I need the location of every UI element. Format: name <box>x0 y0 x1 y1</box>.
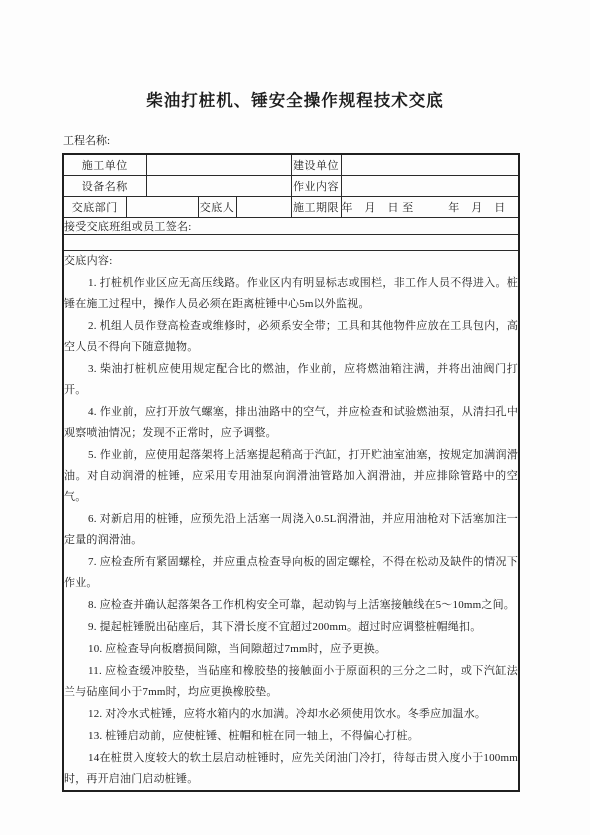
work-content-value <box>341 175 519 196</box>
info-table: 施工单位 建设单位 设备名称 作业内容 交底部门 交底人 施工期限 年 月 日 … <box>62 153 520 792</box>
content-paragraph-1: 1. 打桩机作业区应无高压线路。作业区内有明显标志或围栏，非工作人员不得进入。桩… <box>64 273 518 315</box>
building-unit-label: 建设单位 <box>291 154 341 175</box>
project-name-label: 工程名称: <box>63 134 590 148</box>
disclosure-dept-value <box>126 196 198 217</box>
construction-unit-label: 施工单位 <box>63 154 146 175</box>
content-paragraph-2: 2. 机组人员作登高检查或维修时，必须系安全带；工具和其他物件应放在工具包内，高… <box>64 316 518 358</box>
document-page: 柴油打桩机、锤安全操作规程技术交底 工程名称: 施工单位 建设单位 设备名称 作… <box>0 0 590 835</box>
row-construction-unit: 施工单位 建设单位 <box>63 154 519 175</box>
content-paragraph-12: 12. 对冷水式桩锤，应将水箱内的水加满。冷却水必须使用饮水。冬季应加温水。 <box>64 704 518 725</box>
content-paragraph-5: 5. 作业前，应使用起落架将上活塞提起稍高于汽缸，打开贮油室油塞，按规定加满润滑… <box>64 445 518 508</box>
construction-unit-value <box>146 154 291 175</box>
construction-period-value: 年 月 日 至 年 月 日 <box>341 196 519 217</box>
disclosure-content-cell: 交底内容: 1. 打桩机作业区应无高压线路。作业区内有明显标志或围栏，非工作人员… <box>63 250 519 791</box>
content-paragraph-13: 13. 桩锤启动前，应使桩锤、桩帽和桩在同一轴上，不得偏心打桩。 <box>64 726 518 747</box>
content-paragraph-9: 9. 提起桩锤脱出砧座后，其下滑长度不宜超过200mm。超过时应调整桩帽绳扣。 <box>64 617 518 638</box>
row-disclosure-info: 交底部门 交底人 施工期限 年 月 日 至 年 月 日 <box>63 196 519 217</box>
content-paragraph-3: 3. 柴油打桩机应使用规定配合比的燃油，作业前，应将燃油箱注满，并将出油阀门打开… <box>64 359 518 401</box>
content-paragraph-14: 14在桩贯入度较大的软土层启动桩锤时，应先关闭油门冷打，待每击贯入度小于100m… <box>64 748 518 790</box>
equipment-name-label: 设备名称 <box>63 175 146 196</box>
construction-period-label: 施工期限 <box>291 196 341 217</box>
row-signature-label: 接受交底班组或员工签名: <box>63 217 519 234</box>
equipment-name-value <box>146 175 291 196</box>
disclosure-content: 1. 打桩机作业区应无高压线路。作业区内有明显标志或围栏，非工作人员不得进入。桩… <box>64 273 518 790</box>
work-content-label: 作业内容 <box>291 175 341 196</box>
content-paragraph-6: 6. 对新启用的桩锤，应预先沿上活塞一周浇入0.5L润滑油，并应用油枪对下活塞加… <box>64 509 518 551</box>
content-paragraph-8: 8. 应检查并确认起落架各工作机构安全可靠，起动钩与上活塞接触线在5～10mm之… <box>64 595 518 616</box>
content-label: 交底内容: <box>64 251 518 272</box>
building-unit-value <box>341 154 519 175</box>
row-disclosure-content: 交底内容: 1. 打桩机作业区应无高压线路。作业区内有明显标志或围栏，非工作人员… <box>63 250 519 791</box>
row-signature-space <box>63 234 519 250</box>
row-equipment-name: 设备名称 作业内容 <box>63 175 519 196</box>
content-paragraph-7: 7. 应检查所有紧固螺栓，并应重点检查导向板的固定螺栓，不得在松动及缺件的情况下… <box>64 552 518 594</box>
content-paragraph-4: 4. 作业前，应打开放气螺塞，排出油路中的空气，并应检查和试验燃油泵，从清扫孔中… <box>64 402 518 444</box>
content-paragraph-10: 10. 应检查导向板磨损间隙，当间隙超过7mm时，应予更换。 <box>64 639 518 660</box>
discloser-value <box>236 196 291 217</box>
signature-space <box>63 234 519 250</box>
document-title: 柴油打桩机、锤安全操作规程技术交底 <box>0 0 590 112</box>
disclosure-dept-label: 交底部门 <box>63 196 126 217</box>
content-paragraph-11: 11. 应检查缓冲胶垫，当砧座和橡胶垫的接触面小于原面积的三分之二时，或下汽缸法… <box>64 661 518 703</box>
signature-row-label: 接受交底班组或员工签名: <box>63 217 519 234</box>
discloser-label: 交底人 <box>198 196 236 217</box>
